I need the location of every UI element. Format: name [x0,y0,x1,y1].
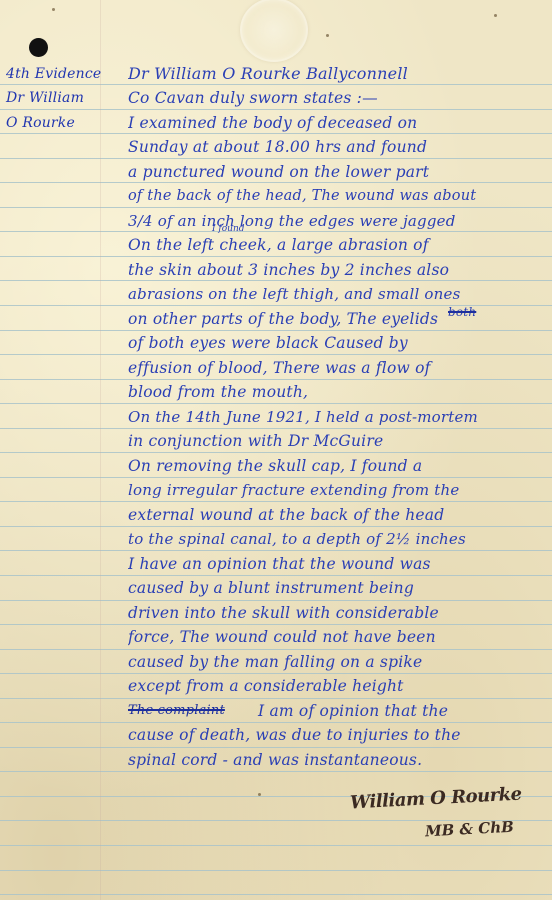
body-line-18: long irregular fracture extending from t… [128,480,552,500]
insertion-i-found: I found [212,224,245,234]
body-line-1: Dr William O Rourke Ballyconnell [128,64,552,84]
ruled-line [0,428,552,429]
punch-hole [29,38,48,57]
body-line-27: I am of opinion that the [258,701,448,721]
ruled-line [0,771,552,772]
body-line-8: On the left cheek, a large abrasion of [128,235,552,255]
ruled-line [0,330,552,331]
ruled-line [0,722,552,723]
body-line-15: On the 14th June 1921, I held a post-mor… [128,407,552,427]
ruled-line [0,133,552,134]
ruled-line [0,575,552,576]
body-line-26: except from a considerable height [128,676,552,696]
body-line-12: of both eyes were black Caused by [128,333,552,353]
ruled-line [0,256,552,257]
ruled-line [0,501,552,502]
struck-phrase: The complaint [128,701,225,721]
ruled-line [0,894,552,895]
paper-speck [258,793,261,796]
ruled-line [0,452,552,453]
ruled-line [0,158,552,159]
embossed-seal [240,0,308,62]
ruled-line [0,698,552,699]
body-line-9: the skin about 3 inches by 2 inches also [128,260,552,280]
signature-credentials: MB & ChB [425,818,515,841]
body-line-23: driven into the skull with considerable [128,603,552,623]
margin-note-name-first: Dr William [6,88,84,108]
body-line-7: 3/4 of an inch long the edges were jagge… [128,211,552,231]
ruled-line [0,624,552,625]
ruled-line [0,84,552,85]
body-line-3: I examined the body of deceased on [128,113,552,133]
margin-note-evidence: 4th Evidence [6,64,101,84]
body-line-17: On removing the skull cap, I found a [128,456,552,476]
ruled-line [0,354,552,355]
document-page: 4th Evidence Dr William O Rourke Dr Will… [0,0,552,900]
signature: William O Rourke [350,784,523,814]
body-line-25: caused by the man falling on a spike [128,652,552,672]
body-line-28: cause of death, was due to injuries to t… [128,725,552,745]
body-line-29: spinal cord - and was instantaneous. [128,750,552,770]
body-line-11: on other parts of the body, The eyelids [128,309,552,329]
ruled-line [0,526,552,527]
body-line-2: Co Cavan duly sworn states :— [128,88,552,108]
ruled-line [0,600,552,601]
body-line-6: of the back of the head, The wound was a… [128,186,552,206]
body-line-4: Sunday at about 18.00 hrs and found [128,137,552,157]
ruled-line [0,845,552,846]
paper-speck [52,8,55,11]
ruled-line [0,649,552,650]
ruled-line [0,870,552,871]
ruled-line [0,550,552,551]
body-line-14: blood from the mouth, [128,382,552,402]
body-line-16: in conjunction with Dr McGuire [128,431,552,451]
ruled-line [0,673,552,674]
ruled-line [0,109,552,110]
margin-note-name-last: O Rourke [6,113,75,133]
ruled-line [0,207,552,208]
ruled-line [0,403,552,404]
ruled-line [0,747,552,748]
ruled-line [0,379,552,380]
body-line-21: I have an opinion that the wound was [128,554,552,574]
body-line-5: a punctured wound on the lower part [128,162,552,182]
ruled-line [0,182,552,183]
body-line-20: to the spinal canal, to a depth of 2½ in… [128,529,552,549]
body-line-10: abrasions on the left thigh, and small o… [128,284,552,304]
body-line-11-text: on other parts of the body, The eyelids [128,310,438,328]
ruled-line [0,231,552,232]
paper-speck [494,14,497,17]
ruled-line [0,280,552,281]
body-line-19: external wound at the back of the head [128,505,552,525]
body-line-13: effusion of blood, There was a flow of [128,358,552,378]
paper-speck [326,34,329,37]
body-line-22: caused by a blunt instrument being [128,578,552,598]
margin-line [100,0,101,900]
struck-word-both: both [448,302,476,322]
body-line-24: force, The wound could not have been [128,627,552,647]
ruled-line [0,477,552,478]
